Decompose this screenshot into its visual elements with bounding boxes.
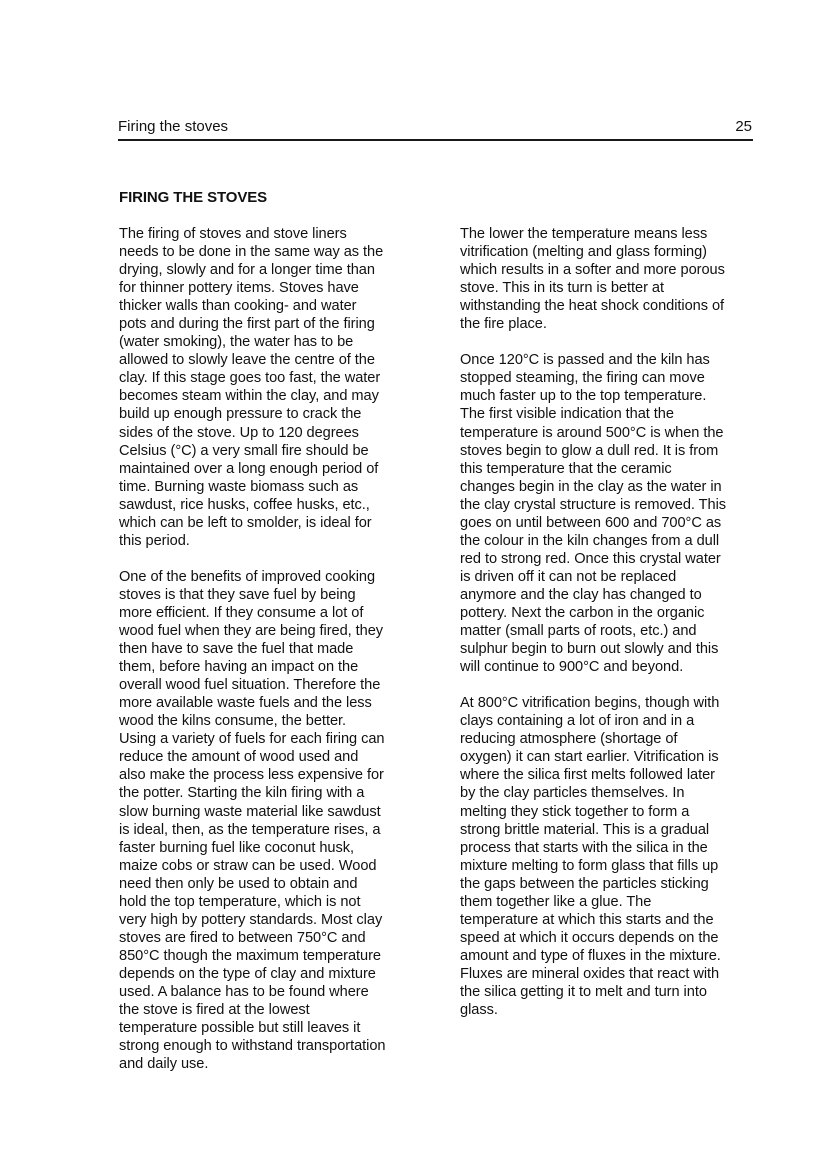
- paragraph: The lower the temperature means less vit…: [460, 225, 760, 333]
- paragraph: The firing of stoves and stove liners ne…: [119, 225, 424, 550]
- page-number: 25: [735, 118, 752, 136]
- right-column: The lower the temperature means less vit…: [460, 225, 760, 1037]
- left-column: The firing of stoves and stove liners ne…: [119, 225, 424, 1091]
- paragraph: One of the benefits of improved cooking …: [119, 568, 424, 1073]
- running-header: Firing the stoves 25: [118, 117, 753, 141]
- running-header-title: Firing the stoves: [118, 118, 228, 136]
- section-heading: FIRING THE STOVES: [119, 189, 267, 207]
- paragraph: At 800°C vitrification begins, though wi…: [460, 694, 760, 1019]
- paragraph: Once 120°C is passed and the kiln has st…: [460, 351, 760, 676]
